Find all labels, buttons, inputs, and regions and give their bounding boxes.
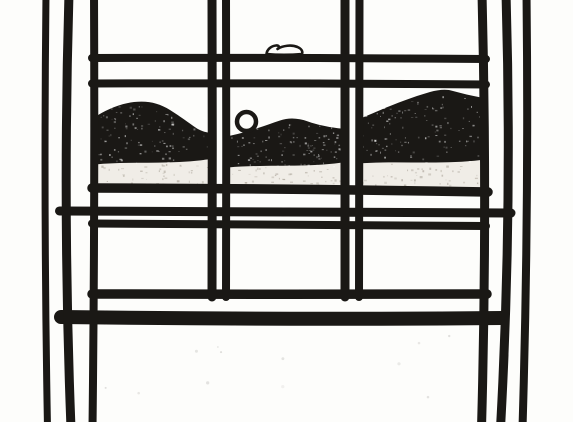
- hill-speckle: [126, 142, 128, 144]
- hill-speckle: [129, 115, 130, 116]
- strip-speckle: [477, 183, 478, 185]
- hill-speckle: [178, 151, 179, 152]
- meeting-rail: [60, 211, 512, 213]
- hill-speckle: [102, 127, 104, 129]
- hill-speckle: [376, 143, 377, 144]
- hill-speckle: [130, 107, 132, 109]
- paper-speck: [281, 357, 284, 360]
- strip-speckle: [308, 175, 309, 176]
- strip-speckle: [146, 172, 148, 173]
- strip-speckle: [109, 169, 110, 171]
- hill-speckle: [269, 159, 270, 160]
- strip-speckle: [446, 166, 449, 168]
- window-ink-drawing: [0, 0, 573, 422]
- strip-speckle: [364, 180, 367, 182]
- hill-speckle: [466, 140, 467, 142]
- hill-speckle: [138, 145, 140, 146]
- hill-speckle: [116, 112, 118, 113]
- strip-speckle: [415, 172, 417, 173]
- outer-right-frame-line: [523, 0, 528, 422]
- hill-speckle: [238, 163, 239, 164]
- hill-speckle: [109, 135, 110, 136]
- strip-speckle: [245, 182, 247, 184]
- hill-speckle: [390, 109, 392, 110]
- hill-speckle: [254, 137, 256, 138]
- page: { "scene": { "title": "Hand-drawn ink il…: [0, 0, 573, 422]
- hill-speckle: [435, 126, 437, 128]
- hill-speckle: [370, 154, 372, 156]
- hill-speckle: [418, 137, 420, 139]
- strip-speckle: [163, 173, 165, 174]
- hill-speckle: [281, 134, 282, 136]
- hill-speckle: [313, 161, 314, 162]
- strip-speckle: [272, 176, 275, 178]
- hill-speckle: [306, 150, 308, 151]
- hill-speckle: [411, 155, 412, 156]
- hill-speckle: [171, 124, 173, 126]
- hill-speckle: [180, 109, 181, 110]
- hill-speckle: [314, 154, 315, 156]
- hill-speckle: [405, 137, 406, 139]
- strip-speckle: [411, 180, 413, 181]
- strip-speckle: [191, 170, 193, 171]
- hill-speckle: [459, 141, 461, 142]
- hill-speckle: [193, 128, 195, 130]
- hill-speckle: [386, 146, 388, 147]
- hill-speckle: [380, 152, 381, 154]
- hill-speckle: [112, 119, 113, 120]
- hill-speckle: [111, 157, 113, 158]
- hill-speckle: [435, 135, 437, 136]
- hill-speckle: [136, 163, 137, 164]
- mullion-2-right-line: [359, 0, 360, 297]
- hill-speckle: [319, 137, 321, 138]
- muntin-bar-second: [92, 83, 486, 84]
- strip-speckle: [475, 178, 478, 179]
- strip-speckle: [265, 167, 267, 168]
- hill-speckle: [371, 139, 373, 141]
- strip-speckle: [387, 175, 388, 176]
- hill-speckle: [268, 136, 269, 138]
- strip-speckle: [123, 175, 125, 177]
- hill-speckle: [293, 137, 294, 138]
- hill-speckle: [310, 151, 312, 153]
- strip-speckle: [238, 170, 241, 171]
- hill-speckle: [425, 137, 426, 139]
- hill-speckle: [125, 123, 126, 124]
- hill-speckle: [193, 135, 194, 137]
- hill-speckle: [383, 107, 385, 109]
- strip-speckle: [174, 174, 175, 176]
- hill-speckle: [338, 145, 340, 146]
- hill-speckle: [170, 107, 171, 109]
- hill-speckle: [469, 161, 471, 162]
- hill-speckle: [442, 104, 443, 105]
- hill-speckle: [444, 147, 445, 148]
- hill-speckle: [444, 135, 446, 136]
- hill-speckle: [473, 140, 474, 142]
- strip-speckle: [460, 169, 461, 170]
- hill-speckle: [283, 129, 284, 130]
- strip-speckle: [159, 168, 161, 170]
- hill-speckle: [162, 141, 164, 142]
- hill-speckle: [367, 150, 368, 151]
- hill-speckle: [196, 125, 198, 126]
- hill-speckle: [386, 121, 388, 122]
- hill-speckle: [308, 147, 310, 148]
- hill-speckle: [158, 151, 160, 152]
- hill-speckle: [203, 122, 205, 124]
- strip-speckle: [321, 177, 322, 178]
- hill-speckle: [464, 98, 466, 99]
- hill-speckle: [182, 130, 183, 131]
- hill-speckle: [105, 141, 107, 142]
- hill-speckle: [309, 153, 310, 154]
- hill-speckle: [155, 120, 156, 122]
- paper-speck: [217, 346, 219, 348]
- hill-speckle: [404, 110, 406, 111]
- hill-speckle: [305, 142, 307, 144]
- strip-speckle: [101, 166, 103, 168]
- hill-speckle: [133, 113, 134, 115]
- hill-speckle: [390, 133, 391, 135]
- hill-speckle: [154, 145, 155, 146]
- hill-speckle: [284, 147, 285, 148]
- strip-speckle: [327, 169, 329, 170]
- strip-speckle: [180, 165, 182, 166]
- hill-speckle: [385, 138, 386, 140]
- hill-speckle: [319, 126, 320, 127]
- strip-speckle: [303, 180, 306, 182]
- hill-speckle: [309, 150, 310, 151]
- hill-speckle: [442, 107, 444, 109]
- hill-speckle: [135, 127, 137, 129]
- hill-speckle: [111, 108, 112, 109]
- strip-speckle: [463, 182, 465, 184]
- hill-speckle: [458, 130, 460, 131]
- hill-speckle: [165, 153, 167, 155]
- strip-speckle: [279, 178, 280, 180]
- hill-speckle: [426, 120, 427, 121]
- hill-speckle: [326, 150, 327, 151]
- hill-speckle: [101, 117, 102, 118]
- hill-speckle: [299, 145, 300, 146]
- strip-speckle: [191, 172, 192, 174]
- hill-speckle: [382, 148, 384, 149]
- hill-speckle: [183, 137, 185, 138]
- hill-speckle: [379, 100, 381, 101]
- hill-speckle: [439, 125, 441, 126]
- hill-speckle: [318, 155, 319, 157]
- strip-speckle: [249, 174, 251, 175]
- hill-speckle: [439, 141, 441, 143]
- strip-speckle: [452, 170, 454, 172]
- paper-speck: [281, 385, 284, 388]
- second-left-frame-line: [66, 0, 71, 422]
- hill-speckle: [166, 146, 168, 148]
- strip-speckle: [118, 169, 119, 171]
- hill-speckle: [281, 161, 283, 162]
- strip-speckle: [314, 170, 315, 172]
- hill-speckle: [428, 136, 430, 137]
- hill-speckle: [152, 151, 153, 152]
- strip-speckle: [252, 181, 254, 183]
- hill-speckle: [248, 142, 250, 143]
- hill-speckle: [378, 144, 380, 145]
- hill-speckle: [308, 165, 310, 167]
- hill-speckle: [156, 111, 157, 112]
- hill-speckle: [467, 141, 468, 142]
- hill-speckle: [293, 141, 294, 143]
- hill-speckle: [321, 158, 322, 159]
- hill-speckle: [203, 135, 204, 137]
- hill-speckle: [411, 101, 413, 102]
- hill-speckle: [125, 126, 127, 128]
- hill-speckle: [471, 106, 472, 108]
- strip-speckle: [391, 176, 393, 177]
- strip-speckle: [256, 169, 257, 171]
- strip-speckle: [414, 182, 415, 184]
- hill-speckle: [289, 165, 290, 167]
- hill-speckle: [256, 153, 258, 154]
- hill-speckle: [119, 106, 121, 108]
- hill-speckle: [172, 145, 174, 147]
- hill-speckle: [440, 107, 442, 108]
- hill-speckle: [477, 112, 478, 113]
- hill-speckle: [139, 106, 140, 107]
- sash-right-edge: [482, 0, 485, 422]
- hill-speckle: [435, 131, 436, 132]
- hill-speckle: [144, 151, 146, 153]
- hill-speckle: [372, 125, 374, 126]
- hill-speckle: [370, 110, 372, 112]
- hill-speckle: [138, 142, 140, 143]
- strip-speckle: [166, 164, 167, 166]
- hill-speckle: [378, 98, 379, 100]
- hill-speckle: [114, 128, 116, 129]
- sash-left-edge: [93, 0, 95, 422]
- hill-speckle: [432, 108, 434, 109]
- hill-speckle: [204, 118, 206, 119]
- hill-speckle: [284, 160, 285, 161]
- hill-speckle: [254, 161, 256, 162]
- paper-speck: [195, 350, 198, 353]
- hill-speckle: [173, 133, 174, 135]
- hill-speckle: [395, 117, 396, 118]
- hill-speckle: [291, 142, 292, 144]
- hill-speckle: [171, 117, 172, 119]
- hill-speckle: [250, 158, 252, 159]
- hill-speckle: [230, 131, 232, 133]
- hill-speckle: [120, 112, 122, 113]
- hill-speckle: [465, 145, 466, 146]
- paper-speck: [427, 396, 430, 399]
- hill-speckle: [336, 137, 338, 139]
- hill-speckle: [114, 121, 116, 123]
- sun: [237, 112, 256, 131]
- hill-speckle: [304, 164, 306, 165]
- hill-speckle: [331, 151, 332, 153]
- strip-speckle: [442, 175, 444, 177]
- strip-speckle: [144, 166, 147, 167]
- strip-speckle: [132, 178, 133, 180]
- hill-speckle: [180, 111, 181, 112]
- hill-speckle: [257, 128, 259, 129]
- hill-speckle: [375, 140, 376, 142]
- hill-speckle: [308, 126, 310, 128]
- hill-speckle: [417, 102, 419, 103]
- strip-speckle: [460, 166, 463, 167]
- hill-speckle: [437, 156, 439, 157]
- paper-speck: [206, 381, 209, 384]
- hill-speckle: [335, 164, 336, 166]
- hill-speckle: [305, 137, 307, 139]
- hill-speckle: [106, 116, 108, 118]
- hill-speckle: [380, 116, 381, 117]
- hill-speckle: [408, 109, 410, 111]
- strip-speckle: [440, 183, 441, 184]
- hill-speckle: [164, 132, 165, 133]
- paper-speck: [220, 351, 222, 353]
- hill-speckle: [450, 128, 451, 129]
- hill-speckle: [385, 150, 387, 151]
- strip-speckle: [140, 171, 143, 172]
- hill-speckle: [131, 140, 132, 141]
- hill-speckle: [365, 107, 366, 109]
- hill-speckle: [137, 129, 138, 130]
- hill-speckle: [243, 145, 245, 146]
- strip-speckle: [121, 168, 124, 169]
- hill-speckle: [300, 164, 302, 166]
- strip-speckle: [103, 167, 105, 169]
- hill-speckle: [180, 115, 181, 117]
- hill-speckle: [424, 115, 425, 117]
- hill-speckle: [312, 145, 313, 146]
- hill-speckle: [322, 149, 324, 150]
- hill-speckle: [139, 115, 141, 116]
- hill-speckle: [152, 141, 153, 142]
- hill-speckle: [432, 125, 434, 126]
- hill-speckle: [163, 143, 165, 144]
- hill-speckle: [415, 113, 416, 114]
- hill-speckle: [442, 96, 444, 98]
- hill-speckle: [199, 115, 200, 117]
- strip-speckle: [177, 180, 180, 182]
- hill-speckle: [176, 112, 177, 113]
- mid-pane-top-bar: [92, 224, 486, 227]
- hill-speckle: [329, 166, 330, 168]
- hill-speckle: [100, 159, 102, 161]
- hill-speckle: [413, 151, 415, 153]
- strip-speckle: [319, 171, 322, 172]
- strip-speckle: [162, 178, 163, 180]
- hill-speckle: [427, 106, 429, 108]
- hill-speckle: [158, 129, 160, 131]
- hill-speckle: [115, 119, 116, 121]
- hill-speckle: [290, 124, 291, 126]
- hill-speckle: [313, 148, 315, 149]
- strip-speckle: [449, 180, 451, 181]
- strip-speckle: [421, 169, 423, 170]
- strip-speckle: [290, 173, 293, 175]
- strip-speckle: [232, 174, 233, 175]
- hill-speckle: [312, 149, 314, 151]
- hill-speckle: [333, 132, 334, 133]
- strip-speckle: [407, 170, 408, 172]
- hill-speckle: [334, 156, 336, 158]
- outer-left-frame-line: [45, 0, 47, 422]
- hill-speckle: [103, 115, 104, 116]
- hill-speckle: [165, 114, 167, 115]
- upper-pane-sill: [92, 188, 488, 192]
- hill-speckle: [477, 137, 478, 139]
- hill-speckle: [169, 157, 171, 159]
- strip-speckle: [420, 176, 423, 178]
- strip-speckle: [429, 168, 431, 170]
- hill-speckle: [408, 142, 409, 144]
- hill-speckle: [307, 146, 309, 147]
- hill-speckle: [188, 138, 190, 140]
- strip-speckle: [259, 168, 261, 170]
- strip-speckle: [333, 177, 335, 178]
- hill-speckle: [398, 151, 399, 152]
- hill-speckle: [278, 132, 279, 133]
- strip-speckle: [411, 169, 413, 171]
- hill-speckle: [173, 159, 174, 161]
- hill-speckle: [462, 128, 464, 129]
- hill-speckle: [125, 147, 127, 149]
- strip-speckle: [334, 179, 336, 181]
- strip-speckle: [290, 182, 293, 183]
- hill-speckle: [331, 127, 332, 129]
- strip-speckle: [384, 182, 387, 184]
- hill-speckle: [463, 117, 464, 119]
- strip-speckle: [414, 179, 416, 181]
- hill-speckle: [388, 119, 390, 120]
- strip-speckle: [164, 171, 166, 173]
- hill-speckle: [268, 130, 270, 132]
- strip-speckle: [107, 181, 108, 182]
- hill-speckle: [167, 162, 169, 164]
- hill-speckle: [404, 142, 406, 143]
- hill-speckle: [125, 135, 126, 137]
- hill-speckle: [231, 137, 233, 139]
- hill-speckle: [318, 154, 319, 155]
- hill-speckle: [126, 128, 128, 130]
- hill-speckle: [136, 118, 138, 119]
- hill-speckle: [238, 155, 240, 156]
- hill-speckle: [118, 137, 120, 138]
- strip-speckle: [159, 170, 160, 172]
- strip-speckle: [435, 169, 437, 170]
- hill-speckle: [323, 163, 324, 165]
- hill-speckle: [183, 146, 185, 148]
- strip-speckle: [196, 166, 199, 167]
- hill-speckle: [447, 122, 448, 124]
- hill-speckle: [398, 110, 400, 111]
- strip-speckle: [391, 164, 393, 165]
- strip-speckle: [417, 168, 419, 169]
- hill-speckle: [262, 141, 263, 143]
- hill-speckle: [167, 114, 168, 116]
- hill-speckle: [394, 99, 395, 101]
- hill-speckle: [401, 145, 403, 146]
- hill-speckle: [478, 155, 480, 156]
- strip-speckle: [441, 170, 442, 172]
- hill-speckle: [417, 103, 418, 105]
- hill-speckle: [333, 166, 334, 167]
- hill-speckle: [182, 107, 183, 109]
